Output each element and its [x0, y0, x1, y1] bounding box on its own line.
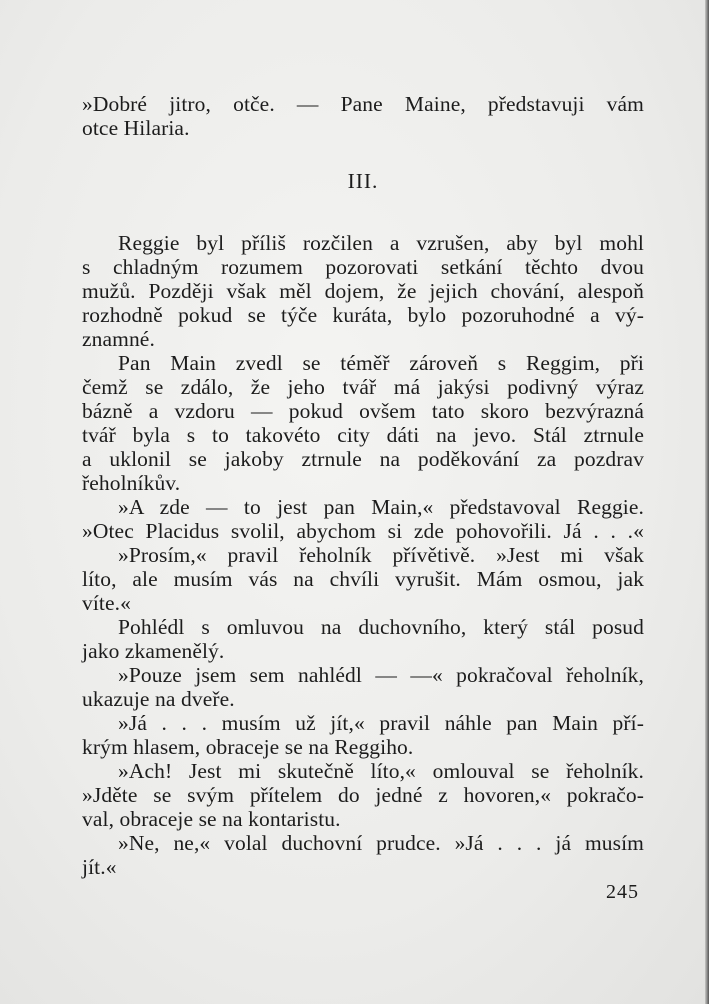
- text-line: »A zde — to jest pan Main,« představoval…: [118, 495, 644, 519]
- text-line: mužů. Později však měl dojem, že jejich …: [82, 279, 644, 303]
- text-line: »Prosím,« pravil řeholník přívětivě. »Je…: [118, 543, 644, 567]
- text-line: krým hlasem, obraceje se na Reggiho.: [82, 735, 644, 759]
- text-line: čemž se zdálo, že jeho tvář má jakýsi po…: [82, 375, 644, 399]
- page-number: 245: [606, 880, 639, 904]
- text-line: Reggie byl příliš rozčilen a vzrušen, ab…: [118, 231, 644, 255]
- text-line: jako zkamenělý.: [82, 639, 644, 663]
- text-line: jít.«: [82, 855, 644, 879]
- text-line: Pan Main zvedl se téměř zároveň s Reggim…: [118, 351, 644, 375]
- text-line: řeholníkův.: [82, 471, 644, 495]
- text-line: »Dobré jitro, otče. — Pane Maine, předst…: [82, 92, 644, 116]
- text-line: »Pouze jsem sem nahlédl — —« pokračoval …: [118, 663, 644, 687]
- text-line: bázně a vzdoru — pokud ovšem tato skoro …: [82, 399, 644, 423]
- book-page: »Dobré jitro, otče. — Pane Maine, předst…: [0, 0, 709, 1004]
- text-line: a uklonil se jakoby ztrnule na poděkován…: [82, 447, 644, 471]
- text-line: s chladným rozumem pozorovati setkání tě…: [82, 255, 644, 279]
- page-edge-shadow: [705, 0, 709, 1004]
- text-line: rozhodně pokud se týče kuráta, bylo pozo…: [82, 303, 644, 327]
- text-line: »Ne, ne,« volal duchovní prudce. »Já . .…: [118, 831, 644, 855]
- text-line: »Ach! Jest mi skutečně líto,« omlouval s…: [118, 759, 644, 783]
- section-heading: III.: [82, 169, 644, 193]
- text-line: ukazuje na dveře.: [82, 687, 644, 711]
- text-line: Pohlédl s omluvou na duchovního, který s…: [118, 615, 644, 639]
- text-line: znamné.: [82, 327, 644, 351]
- text-line: »Jděte se svým přítelem do jedné z hovor…: [82, 783, 644, 807]
- text-line: víte.«: [82, 591, 644, 615]
- text-line: líto, ale musím vás na chvíli vyrušit. M…: [82, 567, 644, 591]
- text-line: otce Hilaria.: [82, 116, 644, 140]
- text-line: »Otec Placidus svolil, abychom si zde po…: [82, 519, 644, 543]
- text-line: »Já . . . musím už jít,« pravil náhle pa…: [118, 711, 644, 735]
- text-line: val, obraceje se na kontaristu.: [82, 807, 644, 831]
- text-line: tvář byla s to takovéto city dáti na jev…: [82, 423, 644, 447]
